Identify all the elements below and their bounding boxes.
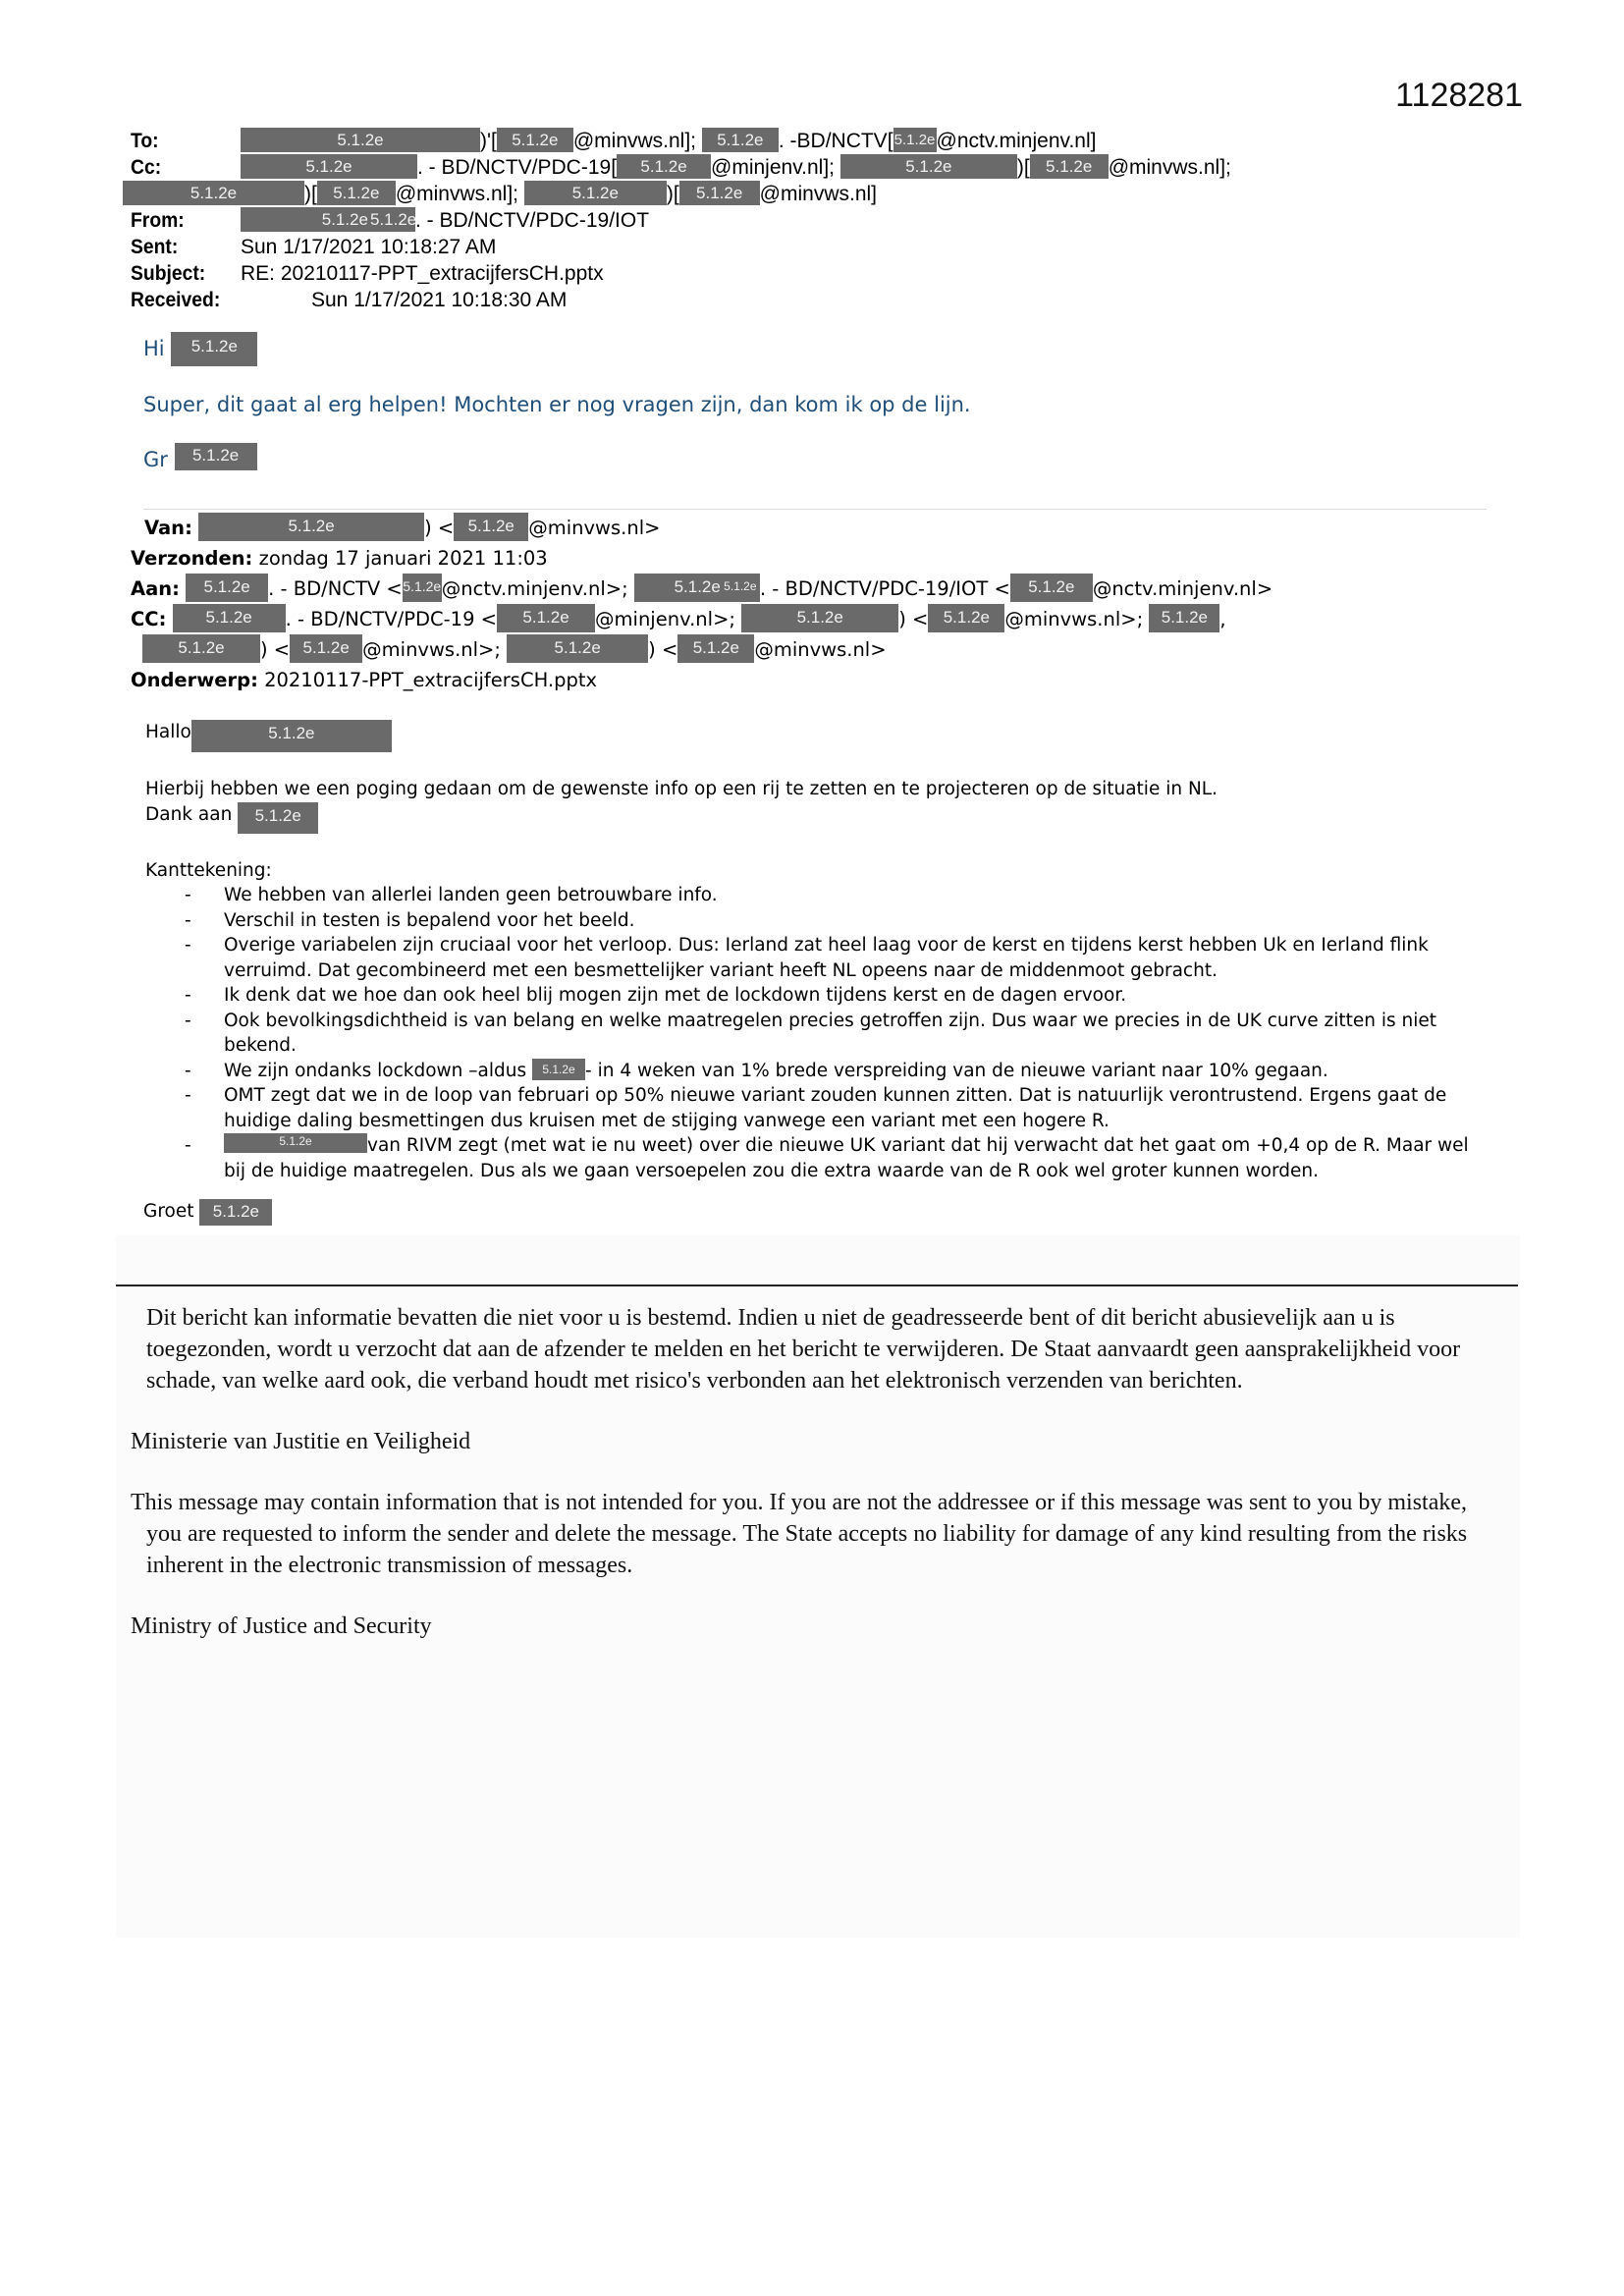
cc-text: @minvws.nl] (760, 183, 877, 205)
note-item: Overige variabelen zijn cruciaal voor he… (145, 933, 1481, 983)
redaction: 5.1.2e (677, 634, 754, 663)
redaction: 5.1.2e (1149, 604, 1219, 632)
redaction: 5.1.2e (241, 207, 370, 232)
quoted-body: Hallo5.1.2e Hierbij hebben we een poging… (145, 720, 1520, 1226)
to-row: To: 5.1.2e)'[5.1.2e@minvws.nl]; 5.1.2e. … (131, 128, 1505, 154)
quoted-greeting-line: Hallo5.1.2e (145, 720, 1520, 752)
redaction: 5.1.2e (403, 574, 442, 602)
cc-text: @minvws.nl]; (1109, 156, 1231, 179)
aan-label: Aan: (131, 577, 180, 600)
quoted-cc-continuation-row: 5.1.2e) <5.1.2e@minvws.nl>; 5.1.2e) <5.1… (131, 634, 1272, 665)
reply-signoff-line: Gr 5.1.2e (143, 443, 971, 476)
quoted-greeting: Hallo (145, 722, 191, 742)
quoted-thanks-line: Dank aan 5.1.2e (145, 802, 1520, 834)
from-label: From: (131, 207, 232, 234)
note-item: Verschil in testen is bepalend voor het … (145, 908, 1481, 934)
quoted-onderwerp-row: Onderwerp: 20210117-PPT_extracijfersCH.p… (131, 665, 1272, 695)
subject-row: Subject: RE: 20210117-PPT_extracijfersCH… (131, 260, 1505, 287)
cc-text: . - BD/NCTV/PDC-19 < (286, 608, 497, 630)
subject-label: Subject: (131, 260, 232, 287)
cc-row: Cc: 5.1.2e. - BD/NCTV/PDC-19[5.1.2e@minj… (131, 154, 1505, 181)
cc-text: ) < (648, 638, 677, 661)
cc-continuation-row: 5.1.2e)[5.1.2e@minvws.nl]; 5.1.2e)[5.1.2… (123, 181, 1505, 207)
note-item: Ook bevolkingsdichtheid is van belang en… (145, 1009, 1481, 1059)
redaction: 5.1.2e (532, 1059, 585, 1080)
reply-greeting: Hi (143, 337, 165, 360)
reply-greeting-line: Hi 5.1.2e (143, 332, 971, 366)
to-text: . -BD/NCTV[ (779, 130, 893, 152)
quoted-intro: Hierbij hebben we een poging gedaan om d… (145, 777, 1520, 802)
redaction: 5.1.2e (123, 181, 304, 205)
redaction: 5.1.2e (186, 574, 268, 602)
redaction: 5.1.2e (142, 634, 260, 663)
to-text: @minvws.nl]; (573, 130, 696, 152)
note-text: We zijn ondanks lockdown –aldus (224, 1061, 526, 1081)
redaction: 5.1.2e (497, 128, 573, 152)
cc-text: )[ (304, 183, 317, 205)
aan-text: . - BD/NCTV < (268, 577, 403, 600)
to-text: )'[ (480, 130, 497, 152)
redaction: 5.1.2e (702, 128, 779, 152)
disclaimer: Dit bericht kan informatie bevatten die … (131, 1302, 1505, 1642)
onderwerp-value: 20210117-PPT_extracijfersCH.pptx (264, 669, 597, 691)
redaction: 5.1.2e (617, 154, 711, 179)
quoted-van-row: Van: 5.1.2e) <5.1.2e@minvws.nl> (131, 513, 1272, 543)
received-label: Received: (131, 287, 232, 313)
subject-value: RE: 20210117-PPT_extracijfersCH.pptx (241, 260, 604, 287)
redaction: 5.1.2e (199, 1199, 272, 1226)
to-text: @nctv.minjenv.nl] (937, 130, 1097, 152)
cc-text: , (1219, 608, 1225, 630)
cc-label: Cc: (131, 154, 232, 181)
quoted-closing: Groet (143, 1201, 194, 1222)
redaction: 5.1.2e (175, 443, 257, 470)
cc-text: @minjenv.nl>; (595, 608, 735, 630)
quoted-header: Van: 5.1.2e) <5.1.2e@minvws.nl> Verzonde… (131, 513, 1272, 695)
redaction: 5.1.2e (634, 574, 721, 602)
note-item: We zijn ondanks lockdown –aldus 5.1.2e- … (145, 1059, 1481, 1084)
received-row: Received: Sun 1/17/2021 10:18:30 AM (131, 287, 1505, 313)
from-row: From: 5.1.2e5.1.2e. - BD/NCTV/PDC-19/IOT (131, 207, 1505, 234)
cc-text: @minvws.nl> (754, 638, 886, 661)
quoted-aan-row: Aan: 5.1.2e. - BD/NCTV <5.1.2e@nctv.minj… (131, 574, 1272, 604)
cc-text: @minvws.nl>; (362, 638, 501, 661)
verzonden-value: zondag 17 januari 2021 11:03 (259, 547, 548, 570)
redaction: 5.1.2e (741, 604, 898, 632)
redaction: 5.1.2e (893, 128, 937, 152)
from-value: . - BD/NCTV/PDC-19/IOT (415, 209, 649, 232)
aan-text: @nctv.minjenv.nl>; (442, 577, 628, 600)
note-list: We hebben van allerlei landen geen betro… (145, 883, 1520, 1183)
quoted-closing-line: Groet 5.1.2e (143, 1199, 1520, 1226)
disclaimer-en-org: Ministry of Justice and Security (131, 1611, 1505, 1642)
onderwerp-label: Onderwerp: (131, 669, 258, 691)
redaction: 5.1.2e (290, 634, 362, 663)
cc-text: )[ (1017, 156, 1030, 179)
redaction: 5.1.2e (721, 574, 760, 602)
cc-text: )[ (667, 183, 679, 205)
redaction: 5.1.2e (198, 513, 424, 541)
cc-label: CC: (131, 608, 166, 630)
quoted-thanks: Dank aan (145, 804, 232, 825)
sent-label: Sent: (131, 234, 232, 260)
disclaimer-separator (116, 1285, 1518, 1286)
reply-message: Super, dit gaat al erg helpen! Mochten e… (143, 388, 971, 421)
received-value: Sun 1/17/2021 10:18:30 AM (241, 287, 567, 313)
cc-text: @minjenv.nl]; (711, 156, 835, 179)
note-text: - in 4 weken van 1% brede verspreiding v… (585, 1061, 1328, 1081)
redaction: 5.1.2e (317, 181, 396, 205)
note-item: OMT zegt dat we in de loop van februari … (145, 1083, 1481, 1133)
cc-text: @minvws.nl>; (1004, 608, 1143, 630)
redaction: 5.1.2e (171, 332, 257, 366)
redaction: 5.1.2e (370, 207, 415, 232)
redaction: 5.1.2e (454, 513, 528, 541)
redaction: 5.1.2e (507, 634, 648, 663)
disclaimer-en: This message may contain information tha… (131, 1487, 1505, 1581)
van-text: ) < (424, 517, 454, 539)
to-label: To: (131, 128, 232, 154)
redaction: 5.1.2e (497, 604, 595, 632)
disclaimer-nl: Dit bericht kan informatie bevatten die … (131, 1302, 1505, 1396)
reply-signoff: Gr (143, 448, 168, 471)
quoted-verzonden-row: Verzonden: zondag 17 januari 2021 11:03 (131, 543, 1272, 574)
quote-separator (143, 509, 1487, 510)
redaction: 5.1.2e (1010, 574, 1093, 602)
note-item: 5.1.2evan RIVM zegt (met wat ie nu weet)… (145, 1133, 1481, 1183)
van-text: @minvws.nl> (528, 517, 660, 539)
redaction: 5.1.2e (524, 181, 667, 205)
redaction: 5.1.2e (840, 154, 1017, 179)
note-item: Ik denk dat we hoe dan ook heel blij mog… (145, 983, 1481, 1009)
redaction: 5.1.2e (191, 720, 392, 752)
verzonden-label: Verzonden: (131, 547, 252, 570)
redaction: 5.1.2e (928, 604, 1004, 632)
redaction: 5.1.2e (224, 1133, 367, 1153)
redaction: 5.1.2e (1030, 154, 1109, 179)
cc-text: . - BD/NCTV/PDC-19[ (417, 156, 617, 179)
email-header: To: 5.1.2e)'[5.1.2e@minvws.nl]; 5.1.2e. … (131, 128, 1505, 313)
quoted-cc-row: CC: 5.1.2e. - BD/NCTV/PDC-19 <5.1.2e@min… (131, 604, 1272, 634)
note-heading: Kanttekening: (145, 858, 1520, 884)
note-item: We hebben van allerlei landen geen betro… (145, 883, 1481, 908)
cc-text: @minvws.nl]; (396, 183, 518, 205)
sent-row: Sent: Sun 1/17/2021 10:18:27 AM (131, 234, 1505, 260)
sent-value: Sun 1/17/2021 10:18:27 AM (241, 234, 496, 260)
redaction: 5.1.2e (679, 181, 760, 205)
cc-text: ) < (898, 608, 928, 630)
aan-text: @nctv.minjenv.nl> (1093, 577, 1272, 600)
redaction: 5.1.2e (238, 802, 318, 834)
aan-text: . - BD/NCTV/PDC-19/IOT < (760, 577, 1010, 600)
van-label: Van: (144, 517, 192, 539)
reply-body: Hi 5.1.2e Super, dit gaat al erg helpen!… (143, 332, 971, 476)
cc-text: ) < (260, 638, 290, 661)
redaction: 5.1.2e (241, 128, 480, 152)
redaction: 5.1.2e (173, 604, 286, 632)
redaction: 5.1.2e (241, 154, 417, 179)
disclaimer-nl-org: Ministerie van Justitie en Veiligheid (131, 1426, 1505, 1457)
note-text: van RIVM zegt (met wat ie nu weet) over … (224, 1135, 1469, 1181)
document-number: 1128281 (1395, 77, 1523, 115)
